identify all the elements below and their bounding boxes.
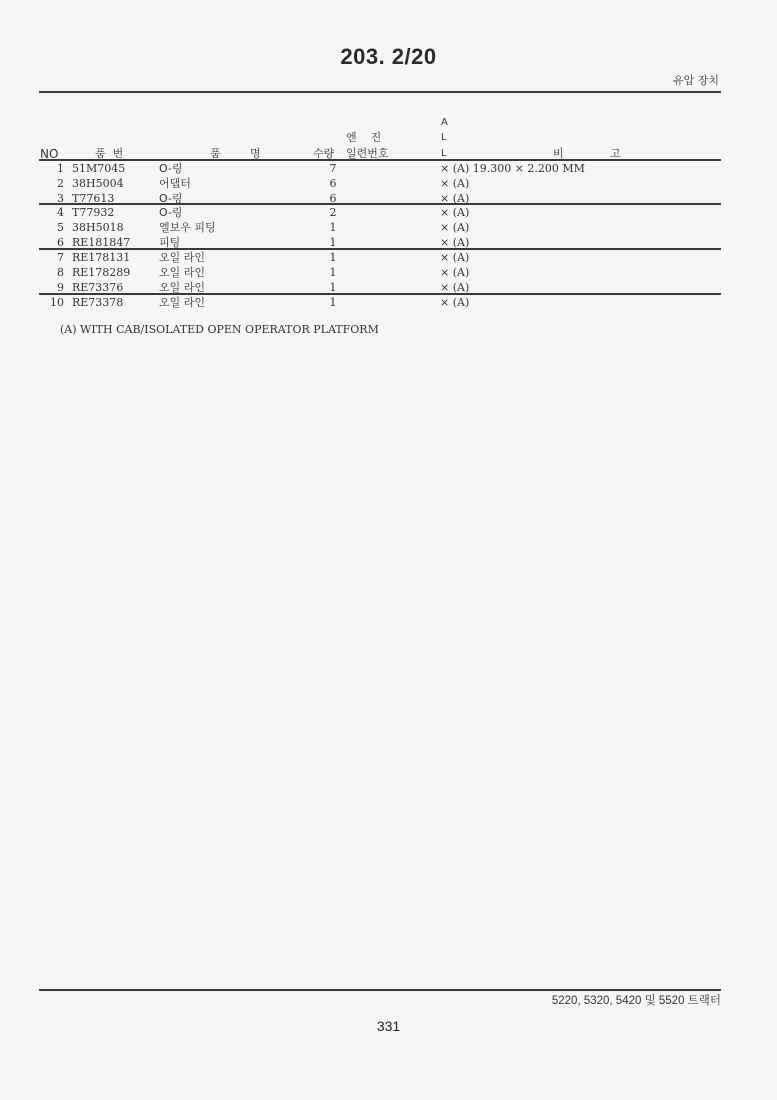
part-name: 엘보우 피팅 bbox=[159, 220, 216, 235]
remark: × (A) 19.300 × 2.200 MM bbox=[440, 161, 585, 176]
part-name: 오일 라인 bbox=[159, 250, 205, 265]
remark: × (A) bbox=[440, 280, 469, 295]
part-number: RE178289 bbox=[72, 265, 130, 280]
part-number: 38H5004 bbox=[72, 176, 124, 191]
table-row: 151M7045O-링7× (A) 19.300 × 2.200 MM bbox=[0, 161, 777, 176]
part-name: 피팅 bbox=[159, 235, 180, 250]
row-number: 9 bbox=[34, 280, 64, 295]
page-number: 331 bbox=[0, 1018, 777, 1034]
table-row: 7RE178131오일 라인1× (A) bbox=[0, 250, 777, 265]
remark: × (A) bbox=[440, 265, 469, 280]
quantity: 1 bbox=[318, 220, 348, 235]
remark: × (A) bbox=[440, 220, 469, 235]
table-row: 10RE73378오일 라인1× (A) bbox=[0, 295, 777, 310]
row-number: 8 bbox=[34, 265, 64, 280]
row-number: 4 bbox=[34, 205, 64, 220]
remark: × (A) bbox=[440, 176, 469, 191]
table-row: 9RE73376오일 라인1× (A) bbox=[0, 280, 777, 295]
quantity: 6 bbox=[318, 176, 348, 191]
part-number: RE73376 bbox=[72, 280, 123, 295]
part-number: RE181847 bbox=[72, 235, 130, 250]
table-row: 4T77932O-링2× (A) bbox=[0, 205, 777, 220]
quantity: 1 bbox=[318, 280, 348, 295]
table-row: 6RE181847피팅1× (A) bbox=[0, 235, 777, 250]
part-name: 오일 라인 bbox=[159, 295, 205, 310]
col-header-all-a: A bbox=[441, 116, 448, 130]
remark: × (A) bbox=[440, 250, 469, 265]
part-number: 51M7045 bbox=[72, 161, 125, 176]
row-number: 10 bbox=[34, 295, 64, 310]
quantity: 1 bbox=[318, 235, 348, 250]
row-number: 1 bbox=[34, 161, 64, 176]
quantity: 1 bbox=[318, 265, 348, 280]
quantity: 1 bbox=[318, 295, 348, 310]
table-row: 8RE178289오일 라인1× (A) bbox=[0, 265, 777, 280]
part-number: T77613 bbox=[72, 191, 114, 206]
row-number: 5 bbox=[34, 220, 64, 235]
footer-model-text: 5220, 5320, 5420 및 5520 트랙터 bbox=[552, 992, 721, 1008]
part-number: RE178131 bbox=[72, 250, 130, 265]
header-rule bbox=[39, 91, 721, 93]
footnote: (A) WITH CAB/ISOLATED OPEN OPERATOR PLAT… bbox=[60, 323, 379, 336]
part-number: T77932 bbox=[72, 205, 114, 220]
footer-rule bbox=[39, 989, 721, 991]
remark: × (A) bbox=[440, 205, 469, 220]
quantity: 2 bbox=[318, 205, 348, 220]
quantity: 7 bbox=[318, 161, 348, 176]
quantity: 6 bbox=[318, 191, 348, 206]
remark: × (A) bbox=[440, 295, 469, 310]
row-number: 2 bbox=[34, 176, 64, 191]
part-name: O-링 bbox=[159, 205, 183, 220]
table-row: 238H5004어댑터6× (A) bbox=[0, 176, 777, 191]
table-row: 3T77613O-링6× (A) bbox=[0, 191, 777, 206]
part-name: O-링 bbox=[159, 161, 183, 176]
col-header-all-l1: L bbox=[441, 131, 447, 145]
remark: × (A) bbox=[440, 235, 469, 250]
remark: × (A) bbox=[440, 191, 469, 206]
table-row: 538H5018엘보우 피팅1× (A) bbox=[0, 220, 777, 235]
part-name: O-링 bbox=[159, 191, 183, 206]
row-number: 3 bbox=[34, 191, 64, 206]
part-number: RE73378 bbox=[72, 295, 123, 310]
section-label: 유압 장치 bbox=[673, 72, 719, 88]
row-number: 7 bbox=[34, 250, 64, 265]
part-name: 오일 라인 bbox=[159, 280, 205, 295]
row-number: 6 bbox=[34, 235, 64, 250]
page-title: 203. 2/20 bbox=[0, 44, 777, 70]
part-name: 어댑터 bbox=[159, 176, 191, 191]
part-name: 오일 라인 bbox=[159, 265, 205, 280]
part-number: 38H5018 bbox=[72, 220, 124, 235]
col-header-engine-top: 엔 진 bbox=[346, 131, 381, 145]
quantity: 1 bbox=[318, 250, 348, 265]
